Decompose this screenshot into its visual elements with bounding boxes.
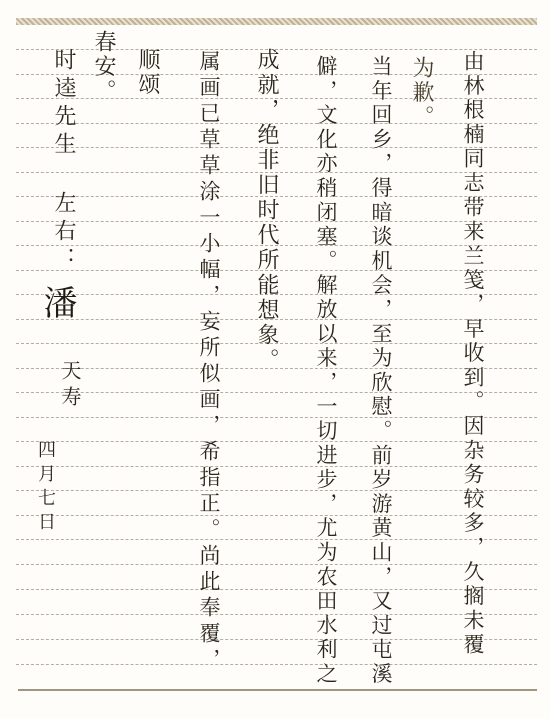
letter-column-6: 属画已草草涂一小幅，妄所似画，希指正。尚此奉覆， [198,50,219,674]
ruled-line [16,589,537,590]
letter-column-1: 由林根楠同志带来兰笺，早收到。因杂务较多，久搁未覆 [462,50,483,658]
letter-date: 四月七日 [36,440,54,536]
ruled-line [16,441,537,442]
signature-given-name: 天寿 [60,360,80,412]
letter-column-2: 为歉。 [410,56,432,130]
ruled-line [16,515,537,516]
ruled-line [16,392,537,393]
closing-salutation: 顺颂 [136,48,158,97]
signature-surname: 潘 [40,285,74,322]
closing-wish: 春安。 [92,30,114,104]
letter-paper: 由林根楠同志带来兰笺，早收到。因杂务较多，久搁未覆 为歉。 当年回乡，得暗谈机会… [0,0,550,719]
letter-column-4: 僻，文化亦稍闭塞。解放以来，一切进步，尤为农田水利之 [315,55,336,687]
ruled-line [16,614,537,615]
ruled-line [16,664,537,665]
addressee: 时逵先生 左右： [52,48,74,275]
ruled-line [16,539,537,540]
letter-column-3: 当年回乡，得暗谈机会，至为欣慰。前岁游黄山，又过屯溪 [370,55,391,687]
ruled-line [16,417,537,418]
ruled-line [16,466,537,467]
ruled-line [16,490,537,491]
ruled-line [16,564,537,565]
bottom-border-line [18,689,537,691]
letter-column-5: 成就，绝非旧时代所能想象。 [255,48,277,373]
decorative-top-border [16,18,537,25]
ruled-line [16,639,537,640]
